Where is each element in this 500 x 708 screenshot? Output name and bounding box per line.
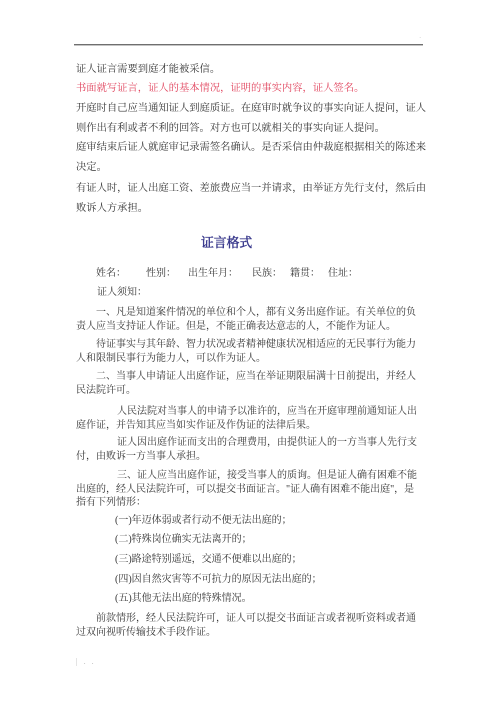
- highlighted-paragraph: 书面就写证言，证人的基本情况，证明的事实内容，证人签名。: [76, 79, 364, 99]
- text-line: 庭作证，并告知其应当如实作证及作伪证的法律后果。: [76, 419, 417, 433]
- field-label-name: 姓名：: [96, 267, 126, 281]
- notice-paragraph: 一、凡是知道案件情况的单位和个人，都有义务出庭作证。有关单位的负 责人应当支持证…: [76, 306, 416, 333]
- text-line: 过双向视听传输技术手段作证。: [76, 626, 416, 640]
- text-line: 前款情形，经人民法院许可，证人可以提交书面证言或者视听资料或者通: [76, 612, 416, 626]
- section-title: 证言格式: [201, 235, 252, 251]
- notice-paragraph: 证人因出庭作证而支出的合理费用，由提供证人的一方当事人先行支 付，由败诉一方当事…: [76, 436, 417, 463]
- intro-paragraph: 开庭时自己应当通知证人到庭质证。在庭审时就争议的事实向证人提问，证人 则作出有利…: [76, 99, 426, 138]
- text-line: 三、证人应当出庭作证，接受当事人的质询。但是证人确有困难不能: [76, 469, 417, 483]
- list-item: (四)因自然灾害等不可抗力的原因无法出庭的；: [115, 573, 322, 587]
- notice-paragraph: 三、证人应当出庭作证，接受当事人的质询。但是证人确有困难不能 出庭的，经人民法院…: [76, 469, 417, 510]
- field-label-gender: 性别：: [146, 267, 176, 281]
- paragraph-mark: ·: [419, 34, 421, 42]
- text-line: 付，由败诉一方当事人承担。: [76, 450, 417, 464]
- text-line: 待证事实与其年龄、智力状况或者精神健康状况相适应的无民事行为能力: [76, 338, 416, 352]
- text-line: 决定。: [76, 158, 426, 178]
- text-line: 则作出有利或者不利的回答。对方也可以就相关的事实向证人提问。: [76, 119, 426, 139]
- text-line: 责人应当支持证人作证。但是，不能正确表达意志的人，不能作为证人。: [76, 320, 416, 334]
- footer-mark: | . .: [76, 657, 96, 667]
- notice-heading: 证人须知：: [97, 286, 147, 300]
- intro-paragraph: 证人证言需要到庭才能被采信。: [76, 60, 220, 80]
- text-line: 人民法院对当事人的申请予以准许的，应当在开庭审理前通知证人出: [76, 405, 417, 419]
- field-label-ethnicity: 民族：: [252, 267, 282, 281]
- text-line: 有证人时，证人出庭工资、差旅费应当一并请求，由举证方先行支付，然后由: [76, 179, 426, 199]
- text-line: 证人证言需要到庭才能被采信。: [76, 60, 220, 80]
- notice-paragraph: 人民法院对当事人的申请予以准许的，应当在开庭审理前通知证人出 庭作证，并告知其应…: [76, 405, 417, 432]
- field-label-birth-date: 出生年月：: [188, 267, 238, 281]
- list-item: (三)路途特别遥远，交通不便难以出庭的；: [115, 553, 302, 567]
- field-label-native-place: 籍贯：: [290, 267, 320, 281]
- text-line: 出庭的，经人民法院许可，可以提交书面证言。"证人确有困难不能出庭"，是: [76, 483, 417, 497]
- header-rule: [74, 44, 423, 45]
- text-line: 一、凡是知道案件情况的单位和个人，都有义务出庭作证。有关单位的负: [76, 306, 416, 320]
- intro-paragraph: 庭审结束后证人就庭审记录需签名确认。是否采信由仲裁庭根据相关的陈述来 决定。: [76, 138, 426, 177]
- text-line: 书面就写证言，证人的基本情况，证明的事实内容，证人签名。: [76, 79, 364, 99]
- text-line: 人和限制民事行为能力人，可以作为证人。: [76, 352, 416, 366]
- list-item: (一)年迈体弱或者行动不便无法出庭的；: [115, 514, 292, 528]
- text-line: 民法院许可。: [76, 384, 416, 398]
- text-line: 二、当事人申请证人出庭作证，应当在举证期限届满十日前提出，并经人: [76, 370, 416, 384]
- document-page: · 证人证言需要到庭才能被采信。 书面就写证言，证人的基本情况，证明的事实内容，…: [0, 0, 500, 708]
- text-line: 指有下列情形：: [76, 496, 417, 510]
- intro-paragraph: 有证人时，证人出庭工资、差旅费应当一并请求，由举证方先行支付，然后由 败诉人方承…: [76, 179, 426, 218]
- closing-paragraph: 前款情形，经人民法院许可，证人可以提交书面证言或者视听资料或者通 过双向视听传输…: [76, 612, 416, 639]
- notice-paragraph: 二、当事人申请证人出庭作证，应当在举证期限届满十日前提出，并经人 民法院许可。: [76, 370, 416, 397]
- text-line: 败诉人方承担。: [76, 199, 426, 219]
- text-line: 开庭时自己应当通知证人到庭质证。在庭审时就争议的事实向证人提问，证人: [76, 99, 426, 119]
- field-label-address: 住址：: [328, 267, 358, 281]
- list-item: (五)其他无法出庭的特殊情况。: [115, 592, 252, 606]
- text-line: 证人因出庭作证而支出的合理费用，由提供证人的一方当事人先行支: [76, 436, 417, 450]
- text-line: 庭审结束后证人就庭审记录需签名确认。是否采信由仲裁庭根据相关的陈述来: [76, 138, 426, 158]
- notice-paragraph: 待证事实与其年龄、智力状况或者精神健康状况相适应的无民事行为能力 人和限制民事行…: [76, 338, 416, 365]
- list-item: (二)特殊岗位确实无法离开的；: [115, 533, 252, 547]
